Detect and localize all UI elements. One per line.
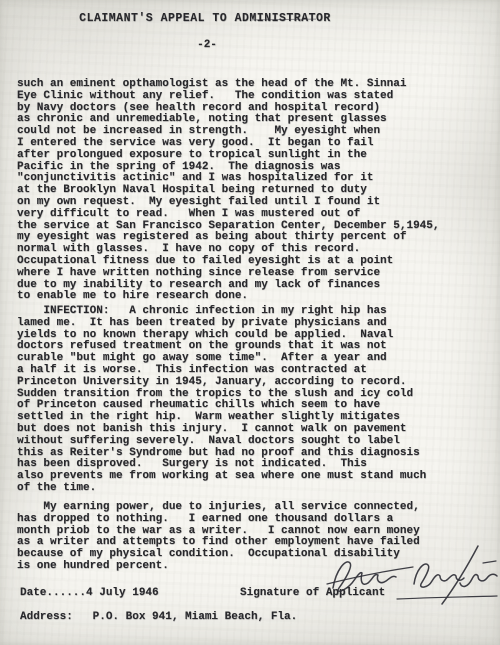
paragraph-infection: INFECTION: A chronic infection in my rig… (17, 306, 426, 495)
date-line: Date......4 July 1946 (20, 588, 159, 600)
page-number: -2- (197, 40, 217, 52)
scanned-document-page: CLAIMANT'S APPEAL TO ADMINISTRATOR -2- s… (0, 0, 500, 645)
paragraph-eyesight: such an eminent opthamologist as the hea… (17, 79, 439, 303)
signature-handwriting (325, 540, 500, 610)
address-line: Address: P.O. Box 941, Miami Beach, Fla. (20, 612, 297, 624)
